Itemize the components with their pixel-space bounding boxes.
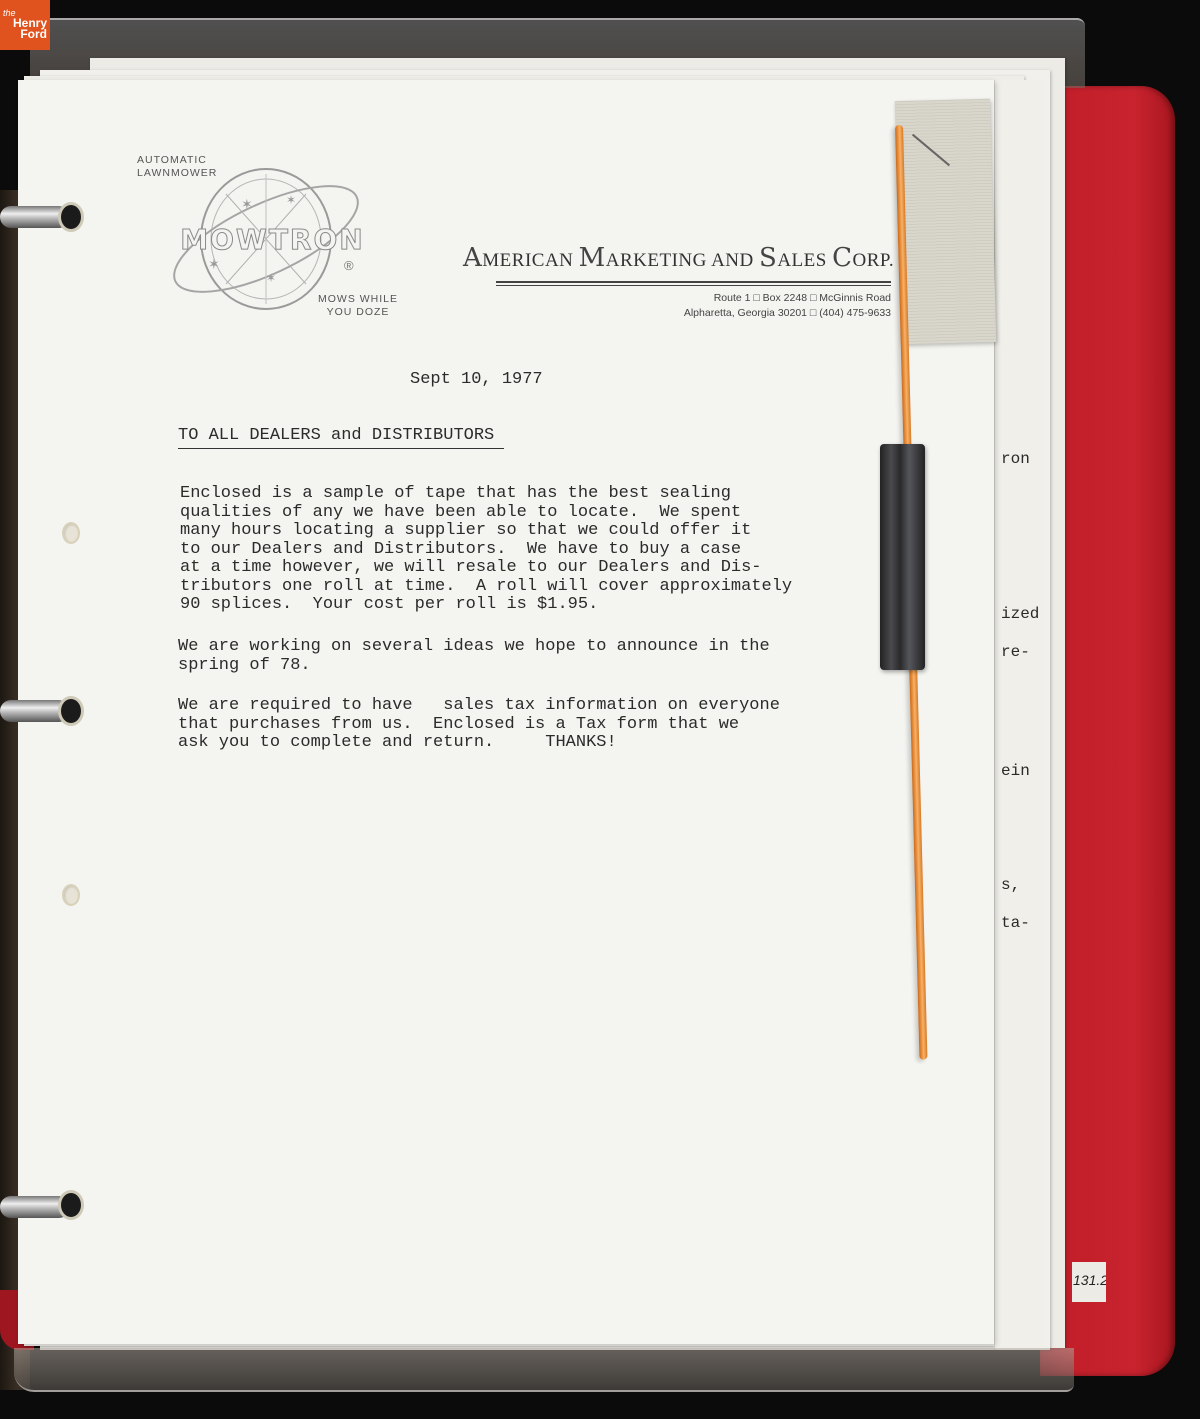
- company-initial: A: [463, 243, 482, 273]
- letterhead-rule: [496, 281, 891, 286]
- ring-hole: [58, 696, 84, 726]
- address-line: Alpharetta, Georgia 30201 □ (404) 475-96…: [578, 306, 891, 321]
- letter-paragraph: We are working on several ideas we hope …: [178, 638, 770, 675]
- underlying-text-fragment: ron: [1001, 450, 1030, 468]
- company-word: ALES: [777, 250, 832, 271]
- company-initial: M: [579, 243, 606, 273]
- svg-text:✶: ✶: [241, 196, 253, 212]
- registered-mark: ®: [344, 258, 354, 273]
- underlying-text-fragment: ta-: [1001, 914, 1030, 932]
- punch-hole: [62, 884, 80, 906]
- company-initial: C: [832, 243, 852, 273]
- letter-date: Sept 10, 1977: [410, 371, 543, 390]
- ring-hole: [58, 202, 84, 232]
- company-word: ORP.: [852, 250, 894, 271]
- company-initial: S: [759, 243, 777, 273]
- underlying-text-fragment: s,: [1001, 876, 1020, 894]
- punch-hole: [62, 522, 80, 544]
- underlying-text-fragment: re-: [1001, 643, 1030, 661]
- svg-text:✶: ✶: [208, 256, 220, 272]
- letter-paragraph: Enclosed is a sample of tape that has th…: [180, 485, 792, 615]
- henry-ford-logo: the Henry Ford: [0, 0, 50, 50]
- company-name: AMERICAN MARKETING AND SALES CORP.: [463, 243, 893, 273]
- address-line: Route 1 □ Box 2248 □ McGinnis Road: [578, 291, 891, 306]
- company-word: ARKETING AND: [606, 250, 759, 271]
- svg-text:✶: ✶: [286, 193, 296, 207]
- product-slogan: MOWS WHILE YOU DOZE: [318, 293, 398, 319]
- svg-text:✶: ✶: [266, 271, 276, 285]
- catalog-number-label: 131.2: [1072, 1262, 1106, 1302]
- plastic-sleeve-bottom: [14, 1348, 1074, 1392]
- ring-hole: [58, 1190, 84, 1220]
- company-address: Route 1 □ Box 2248 □ McGinnis Road Alpha…: [578, 291, 891, 321]
- mowtron-wordmark: MOWTRON: [150, 223, 395, 256]
- logo-text: Ford: [20, 29, 47, 40]
- letter-salutation: TO ALL DEALERS and DISTRIBUTORS: [178, 427, 504, 449]
- company-word: MERICAN: [482, 250, 578, 271]
- underlying-page: ron ized re- ein s, ta-: [994, 80, 1044, 1350]
- letter-paragraph: We are required to have sales tax inform…: [178, 697, 780, 753]
- black-splice-tape-sample: [880, 444, 925, 670]
- cloth-tape-sample: [895, 99, 996, 344]
- underlying-text-fragment: ein: [1001, 762, 1030, 780]
- underlying-text-fragment: ized: [1001, 605, 1039, 623]
- letter-page: AUTOMATIC LAWNMOWER ✶ ✶ ✶ ✶ MOWTRON ® MO…: [18, 80, 994, 1344]
